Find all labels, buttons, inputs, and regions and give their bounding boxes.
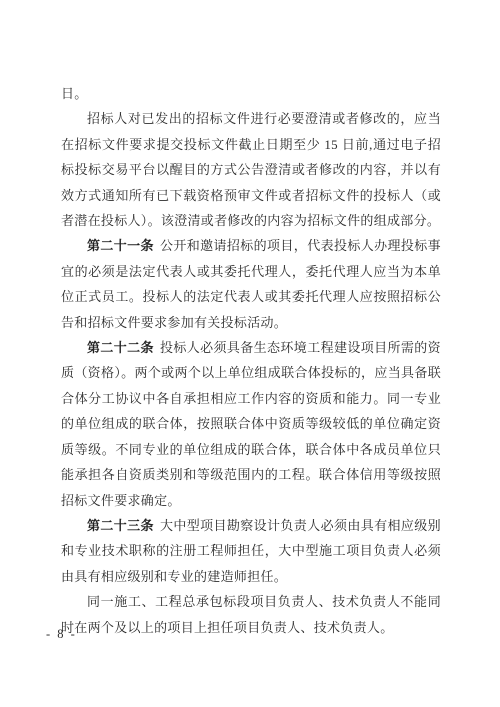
page-number: - 8 - bbox=[46, 627, 77, 642]
paragraph: 日。 bbox=[61, 81, 441, 106]
paragraph: 第二十二条投标人必须具备生态环境工程建设项目所需的资质（资格）。两个或两个以上单… bbox=[61, 335, 441, 513]
article-number: 第二十二条 bbox=[87, 340, 154, 355]
paragraph: 同一施工、工程总承包标段项目负责人、技术负责人不能同时在两个及以上的项目上担任项… bbox=[61, 589, 441, 640]
paragraph-text: 招标人对已发出的招标文件进行必要澄清或者修改的，应当在招标文件要求提交投标文件截… bbox=[61, 111, 441, 228]
paragraph-text: 投标人必须具备生态环境工程建设项目所需的资质（资格）。两个或两个以上单位组成联合… bbox=[61, 340, 441, 507]
paragraph: 招标人对已发出的招标文件进行必要澄清或者修改的，应当在招标文件要求提交投标文件截… bbox=[61, 106, 441, 233]
paragraph: 第二十三条大中型项目勘察设计负责人必须由具有相应级别和专业技术职称的注册工程师担… bbox=[61, 513, 441, 589]
paragraph-text: 同一施工、工程总承包标段项目负责人、技术负责人不能同时在两个及以上的项目上担任项… bbox=[61, 594, 441, 634]
article-number: 第二十三条 bbox=[87, 518, 154, 533]
paragraph-text: 日。 bbox=[61, 86, 88, 101]
paragraph: 第二十一条公开和邀请招标的项目，代表投标人办理投标事宜的必须是法定代表人或其委托… bbox=[61, 233, 441, 335]
document-page: 日。招标人对已发出的招标文件进行必要澄清或者修改的，应当在招标文件要求提交投标文… bbox=[0, 0, 500, 707]
document-body: 日。招标人对已发出的招标文件进行必要澄清或者修改的，应当在招标文件要求提交投标文… bbox=[61, 81, 441, 640]
article-number: 第二十一条 bbox=[87, 238, 154, 253]
